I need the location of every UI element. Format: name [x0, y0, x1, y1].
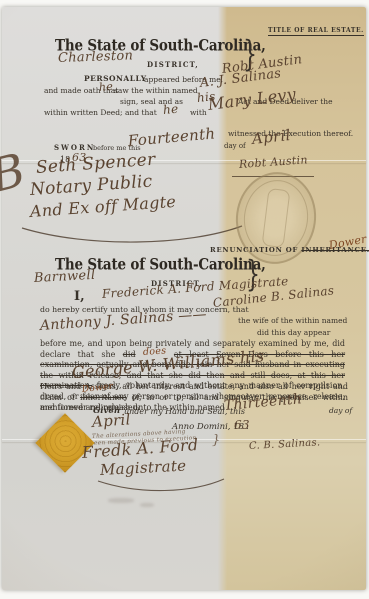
given-month: April [91, 410, 131, 431]
ink-smudge-1 [108, 498, 134, 503]
district-label-1: DISTRICT, [147, 60, 199, 69]
with-word: with [190, 108, 207, 117]
district-name-1: Charleston [58, 48, 134, 66]
ink-smudge-2 [140, 503, 154, 507]
within-deed-text: within written Deed; and that [44, 108, 157, 117]
wife-of-text: the wife of the within named [238, 316, 347, 325]
pronoun-he-1: he [98, 80, 113, 94]
district-name-2: Barnwell [34, 268, 96, 286]
officer-flourish [96, 477, 228, 495]
appear-text: did this day appear [257, 328, 330, 337]
day-of-text-1: day of [224, 142, 246, 150]
document-scan: TITLE OF REAL ESTATE. The State of South… [0, 0, 369, 599]
i-word: I, [74, 289, 85, 304]
corner-label: TITLE OF REAL ESTATE. [268, 27, 364, 36]
pronoun-he-2: he [162, 102, 179, 117]
day-of-text-2: day of [329, 406, 352, 415]
alteration-note-brace: } [212, 433, 221, 448]
personally-word: PERSONALLY [84, 74, 147, 83]
oath-text-2: saw the within named [114, 86, 198, 95]
year-period: . [246, 422, 249, 432]
notary-flourish [18, 222, 248, 248]
inheritance-correction: inheritanceDower [80, 393, 126, 404]
